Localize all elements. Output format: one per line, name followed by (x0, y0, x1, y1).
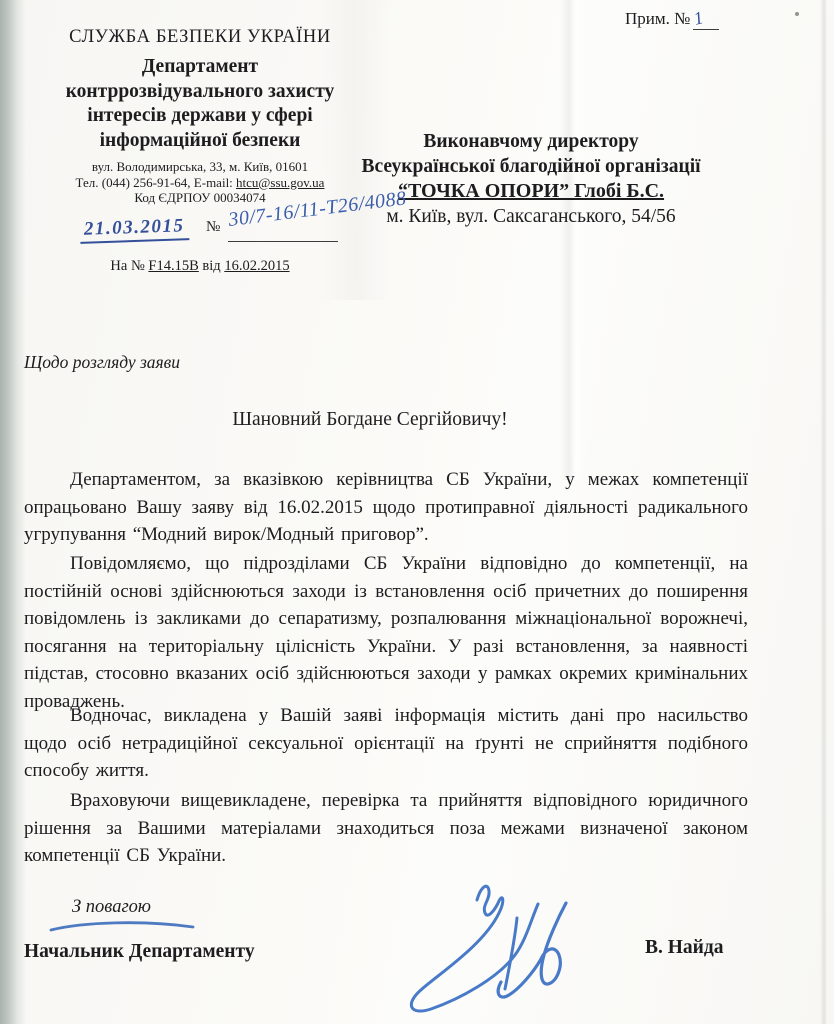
body-paragraph: Повідомляємо, що підрозділами СБ України… (24, 550, 748, 716)
department-line: Департамент (18, 55, 382, 80)
department-line: інтересів держави у сфері (18, 104, 382, 129)
street-address: вул. Володимирська, 33, м. Київ, 01601 (18, 159, 382, 175)
department-name: Департамент контррозвідувального захисту… (18, 55, 382, 153)
ref-number: F14.15В (148, 258, 198, 274)
body-paragraph: Враховуючи вищевикладене, перевірка та п… (24, 787, 748, 870)
reference-line: На № F14.15В від 16.02.2015 (18, 258, 382, 275)
scan-speck (795, 12, 799, 16)
department-line: контррозвідувального захисту (18, 80, 382, 105)
outgoing-number-line (228, 241, 338, 242)
ref-date: 16.02.2015 (224, 258, 289, 274)
letterhead: СЛУЖБА БЕЗПЕКИ УКРАЇНИ Департамент контр… (18, 0, 382, 275)
organization-name: СЛУЖБА БЕЗПЕКИ УКРАЇНИ (18, 27, 382, 48)
body-paragraph: Водночас, викладена у Вашій заяві інформ… (24, 702, 748, 785)
phone-label: Тел. (044) 256-91-64, E-mail: (76, 175, 233, 190)
copy-number-line (693, 29, 719, 30)
signer-title: Начальник Департаменту (24, 941, 255, 963)
phone-email-line: Тел. (044) 256-91-64, E-mail: htcu@ssu.g… (18, 175, 382, 191)
addressee-title: Виконавчому директору (345, 129, 717, 154)
department-line: інформаційної безпеки (18, 129, 382, 154)
ref-prefix: На № (110, 258, 144, 274)
ref-date-label: від (202, 258, 220, 274)
signer-name: В. Найда (645, 937, 724, 959)
scanned-letter-page: Прим. №1 СЛУЖБА БЕЗПЕКИ УКРАЇНИ Департам… (0, 0, 834, 1024)
number-sign: № (206, 219, 220, 236)
body-paragraph: Департаментом, за вказівкою керівництва … (24, 466, 748, 549)
paper-right-crease (820, 0, 828, 1024)
paper-fold-crease (560, 0, 586, 480)
subject-line: Щодо розгляду заяви (24, 352, 180, 373)
copy-number-handwritten: 1 (692, 7, 706, 30)
copy-label: Прим. № (625, 9, 690, 28)
signature-scrawl (398, 856, 618, 1020)
outgoing-number-row: 21.03.2015 № 30/7-16/11-Т26/4088 (18, 211, 382, 251)
salutation: Шановний Богдане Сергійовичу! (0, 409, 740, 431)
email-address: htcu@ssu.gov.ua (236, 175, 324, 190)
valediction: З повагою (72, 897, 151, 918)
pen-underline-stroke (48, 918, 198, 934)
copy-number-row: Прим. №1 (625, 8, 703, 29)
outgoing-date-handwritten: 21.03.2015 (80, 215, 189, 244)
